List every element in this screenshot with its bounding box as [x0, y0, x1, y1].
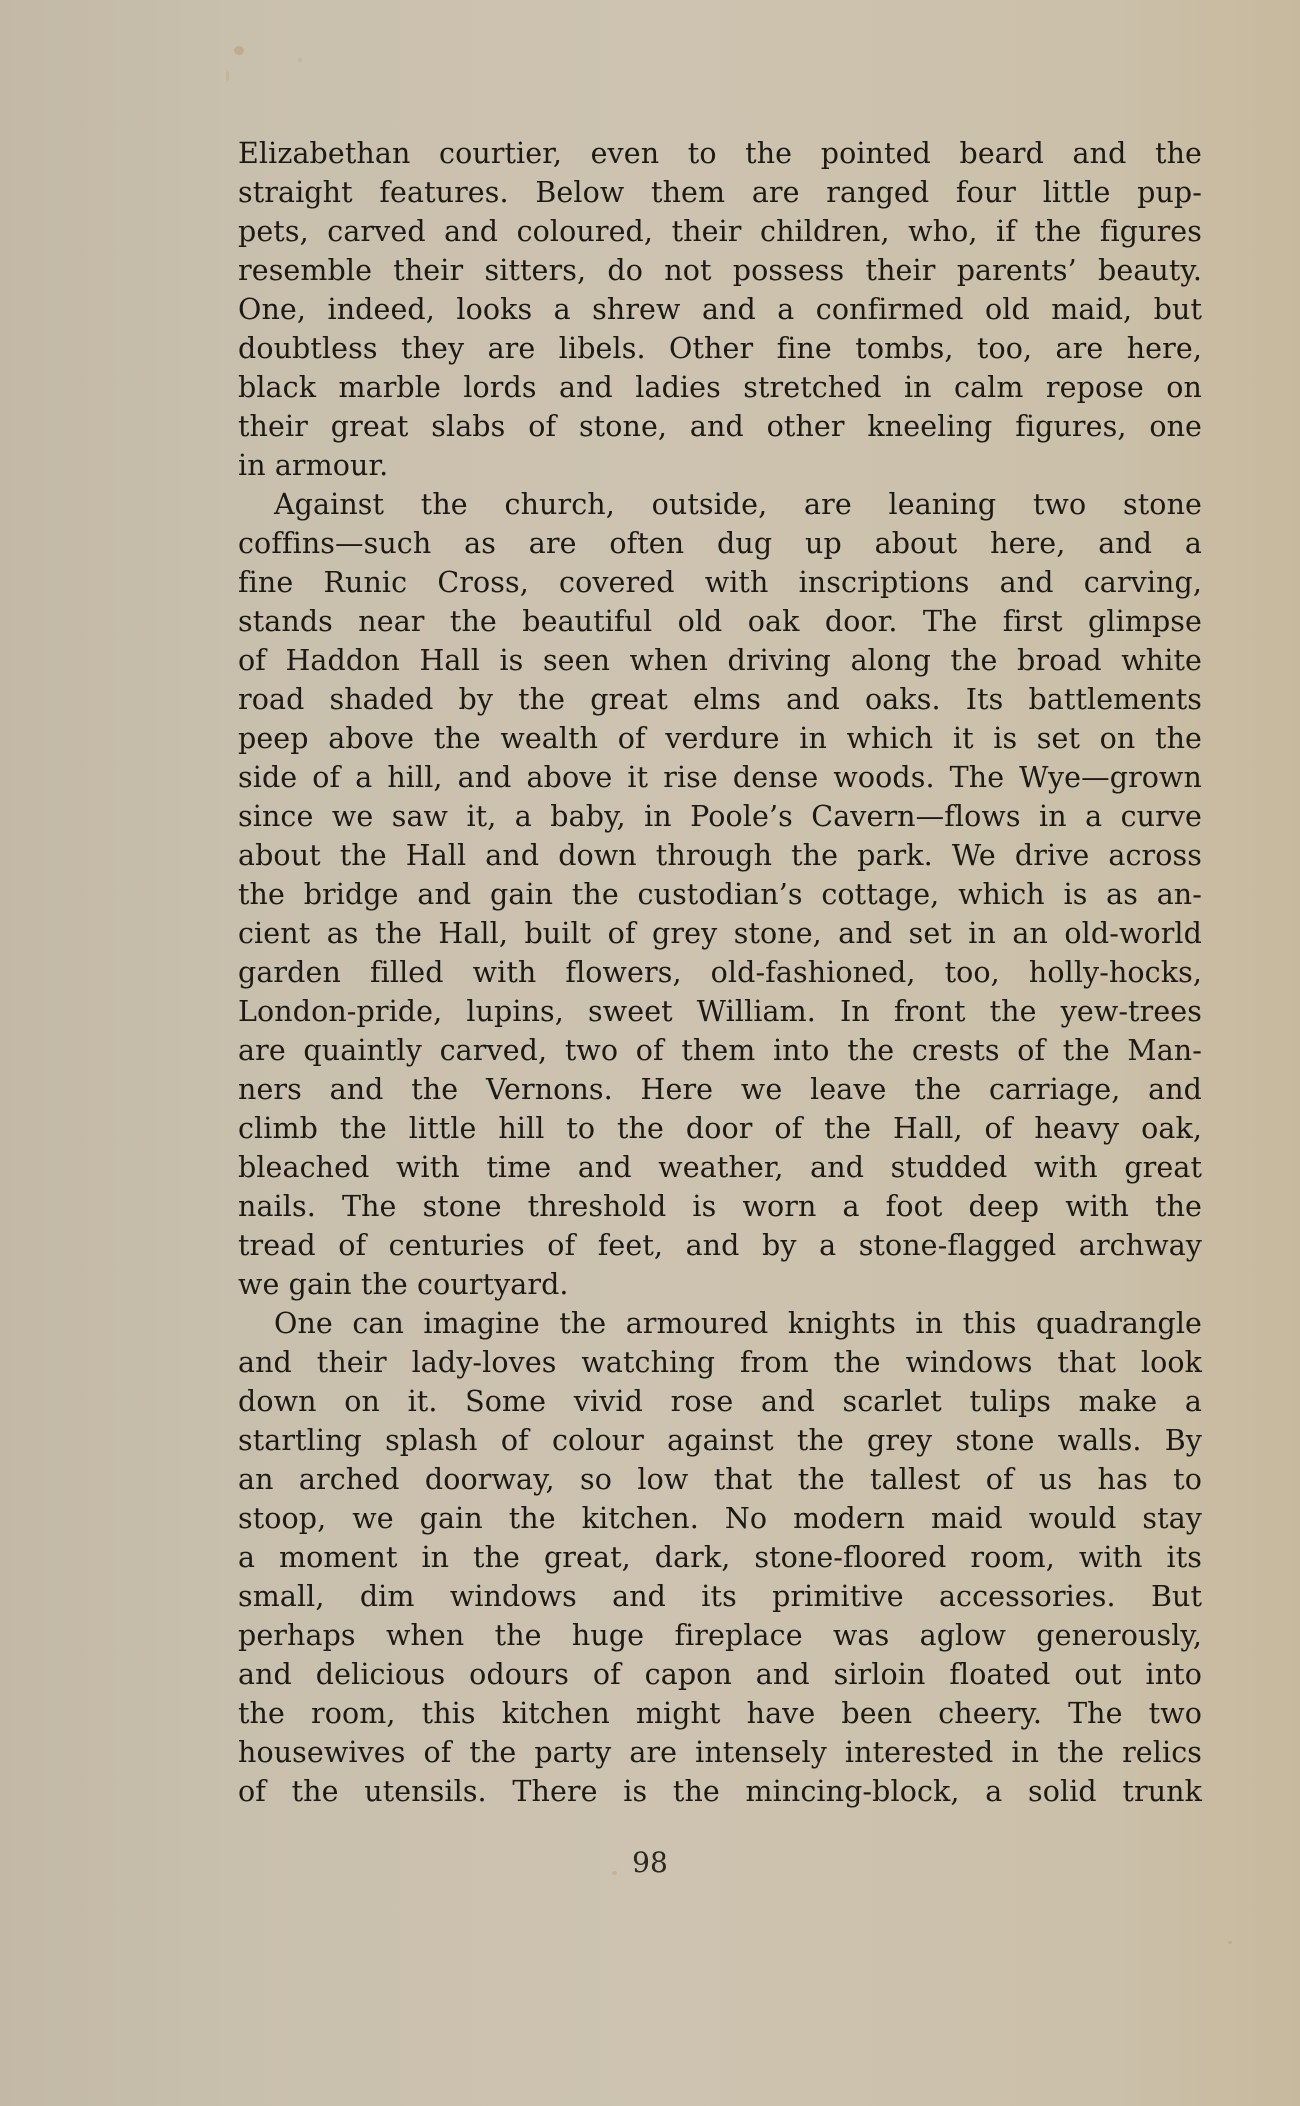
- body-text: Elizabethan courtier, even to the pointe…: [238, 134, 1202, 1811]
- text-line: housewives of the party are intensely in…: [238, 1733, 1202, 1772]
- text-line: and their lady-loves watching from the w…: [238, 1343, 1202, 1382]
- text-line: the room, this kitchen might have been c…: [238, 1694, 1202, 1733]
- text-line: a moment in the great, dark, stone-floor…: [238, 1538, 1202, 1577]
- text-line: peep above the wealth of verdure in whic…: [238, 719, 1202, 758]
- text-line: of the utensils. There is the mincing-bl…: [238, 1772, 1202, 1811]
- text-line: Against the church, outside, are leaning…: [238, 485, 1202, 524]
- text-line: tread of centuries of feet, and by a sto…: [238, 1226, 1202, 1265]
- text-line: are quaintly carved, two of them into th…: [238, 1031, 1202, 1070]
- text-line: black marble lords and ladies stretched …: [238, 368, 1202, 407]
- paper-stain: [234, 46, 244, 55]
- text-line: resemble their sitters, do not possess t…: [238, 251, 1202, 290]
- text-line: perhaps when the huge fireplace was aglo…: [238, 1616, 1202, 1655]
- page-number: 98: [0, 1846, 1300, 1879]
- text-line: their great slabs of stone, and other kn…: [238, 407, 1202, 446]
- scanned-book-page: Elizabethan courtier, even to the pointe…: [0, 0, 1300, 2106]
- text-line: One, indeed, looks a shrew and a confirm…: [238, 290, 1202, 329]
- text-line: London-pride, lupins, sweet William. In …: [238, 992, 1202, 1031]
- paragraph: Elizabethan courtier, even to the pointe…: [238, 134, 1202, 485]
- text-line: of Haddon Hall is seen when driving alon…: [238, 641, 1202, 680]
- paragraph: Against the church, outside, are leaning…: [238, 485, 1202, 1304]
- text-line: road shaded by the great elms and oaks. …: [238, 680, 1202, 719]
- text-line: straight features. Below them are ranged…: [238, 173, 1202, 212]
- text-line: Elizabethan courtier, even to the pointe…: [238, 134, 1202, 173]
- paper-stain: [226, 70, 229, 82]
- text-line: climb the little hill to the door of the…: [238, 1109, 1202, 1148]
- text-line: down on it. Some vivid rose and scarlet …: [238, 1382, 1202, 1421]
- text-line: garden filled with flowers, old-fashione…: [238, 953, 1202, 992]
- text-line: One can imagine the armoured knights in …: [238, 1304, 1202, 1343]
- text-line: an arched doorway, so low that the talle…: [238, 1460, 1202, 1499]
- paper-stain: [298, 58, 302, 62]
- text-line: in armour.: [238, 446, 1202, 485]
- text-line: stands near the beautiful old oak door. …: [238, 602, 1202, 641]
- text-line: small, dim windows and its primitive acc…: [238, 1577, 1202, 1616]
- text-line: nails. The stone threshold is worn a foo…: [238, 1187, 1202, 1226]
- text-line: the bridge and gain the custodian’s cott…: [238, 875, 1202, 914]
- text-line: pets, carved and coloured, their childre…: [238, 212, 1202, 251]
- text-line: startling splash of colour against the g…: [238, 1421, 1202, 1460]
- text-line: coffins—such as are often dug up about h…: [238, 524, 1202, 563]
- text-line: ners and the Vernons. Here we leave the …: [238, 1070, 1202, 1109]
- text-line: we gain the courtyard.: [238, 1265, 1202, 1304]
- paragraph: One can imagine the armoured knights in …: [238, 1304, 1202, 1811]
- paper-stain: [1228, 1941, 1232, 1944]
- text-line: cient as the Hall, built of grey stone, …: [238, 914, 1202, 953]
- text-line: stoop, we gain the kitchen. No modern ma…: [238, 1499, 1202, 1538]
- text-line: doubtless they are libels. Other fine to…: [238, 329, 1202, 368]
- text-line: and delicious odours of capon and sirloi…: [238, 1655, 1202, 1694]
- text-line: side of a hill, and above it rise dense …: [238, 758, 1202, 797]
- text-line: fine Runic Cross, covered with inscripti…: [238, 563, 1202, 602]
- text-line: since we saw it, a baby, in Poole’s Cave…: [238, 797, 1202, 836]
- text-line: about the Hall and down through the park…: [238, 836, 1202, 875]
- text-line: bleached with time and weather, and stud…: [238, 1148, 1202, 1187]
